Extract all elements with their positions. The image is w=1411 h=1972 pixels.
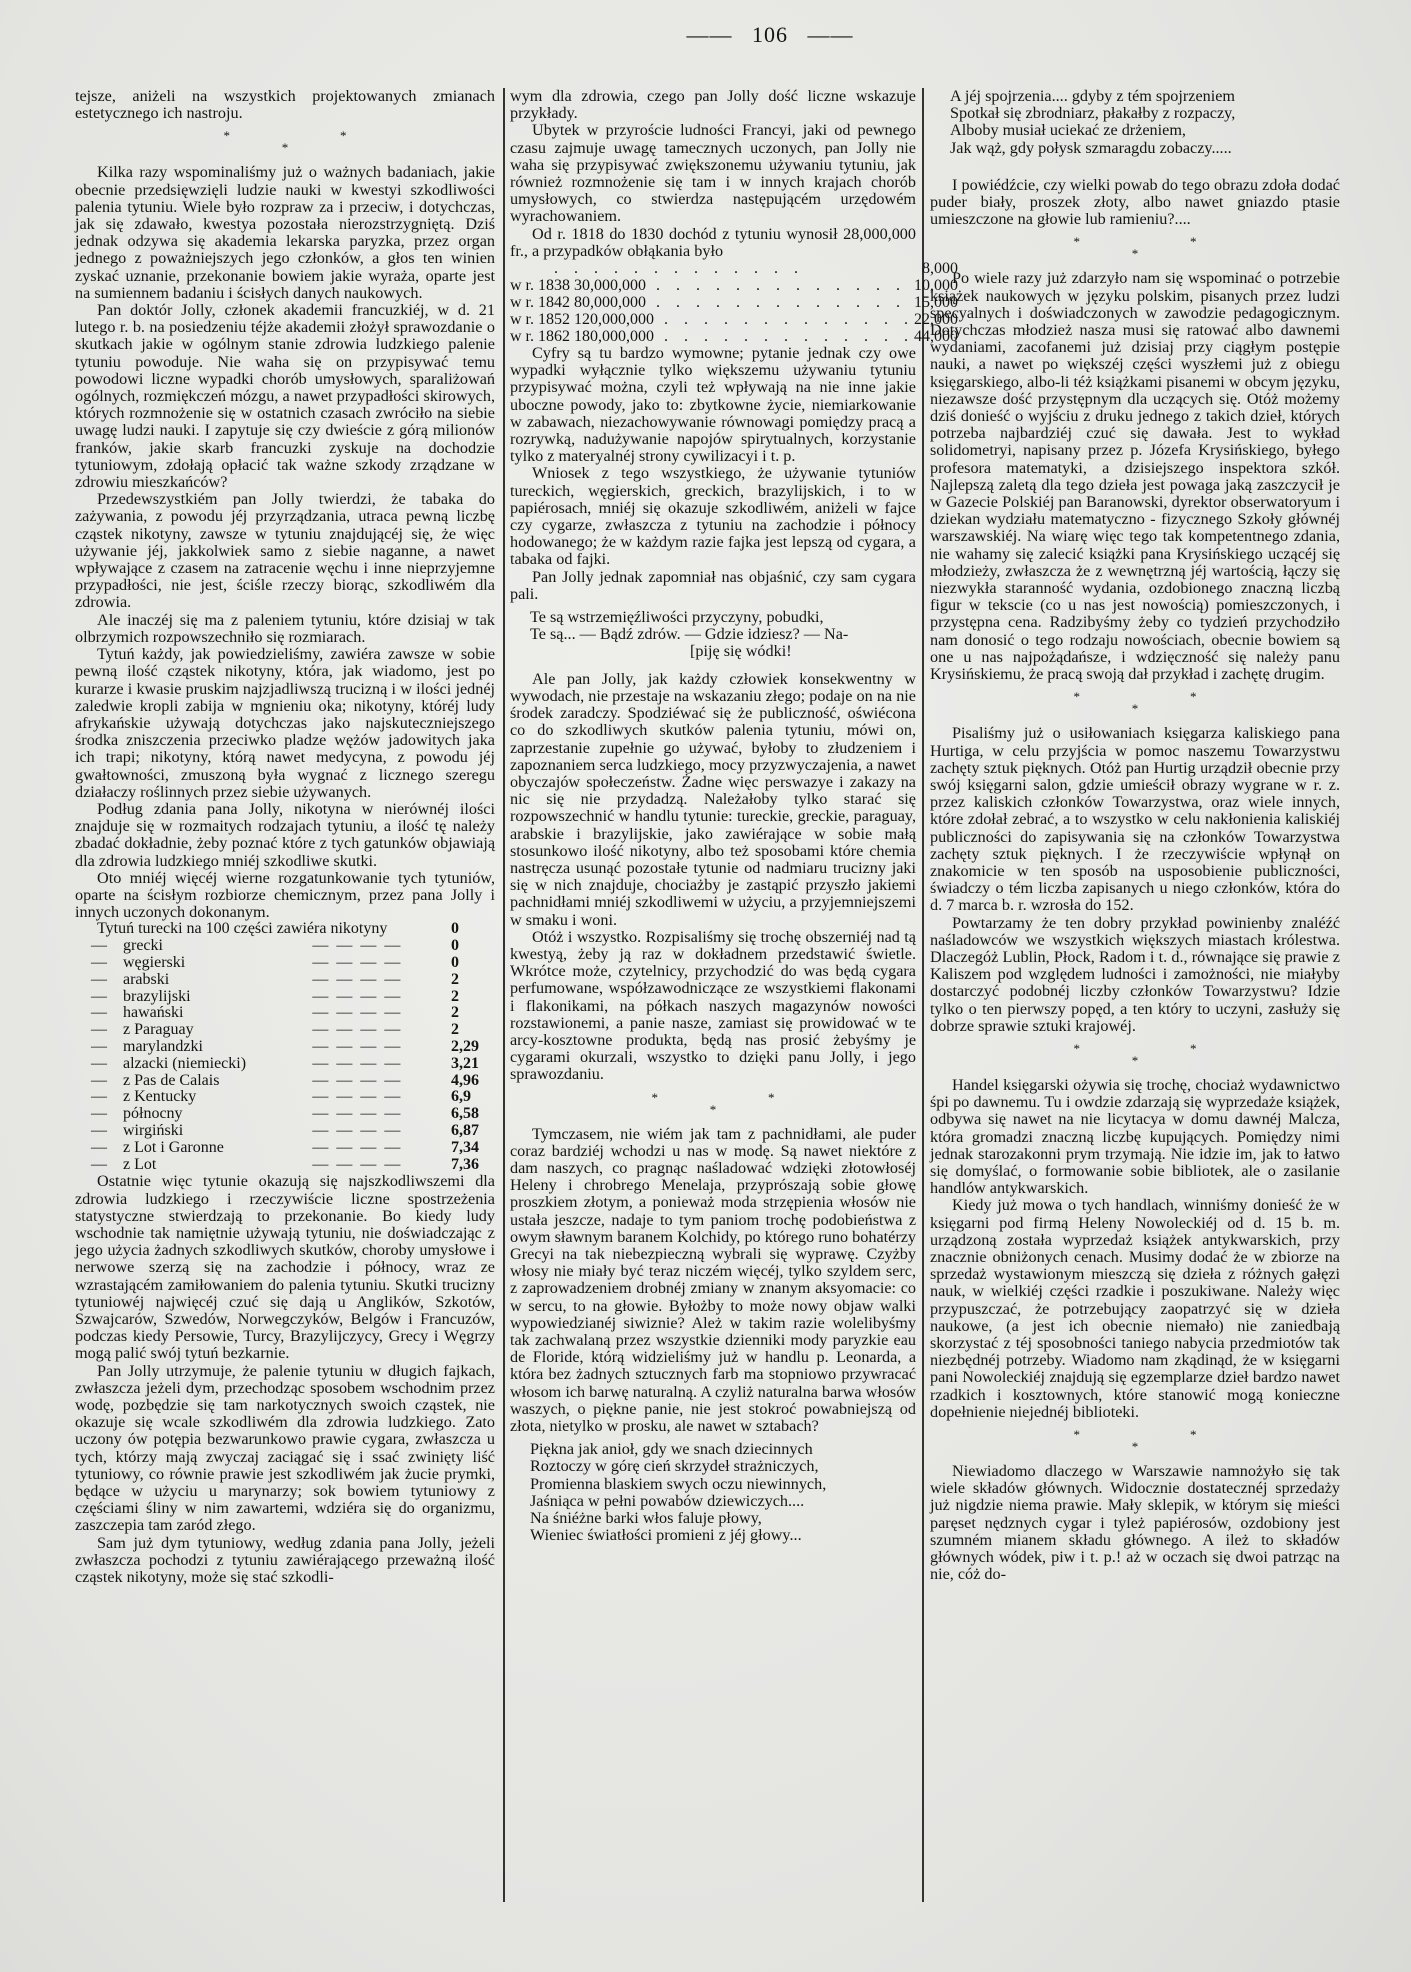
poem-line: Piękna jak anioł, gdy we snach dziecinny… — [530, 1441, 916, 1458]
table-row: w r. 1852 120,000,000 . . . . . . . . . … — [510, 311, 958, 328]
stat-label: w r. 1838 30,000,000 . . . . . . . . . .… — [510, 277, 914, 294]
paragraph: Ale pan Jolly, jak każdy człowiek konsek… — [510, 671, 916, 929]
table-row: —północny— — — —6,58 — [75, 1106, 495, 1123]
tobacco-name: węgierski — [123, 955, 312, 972]
table-row: —hawański— — — —2 — [75, 1005, 495, 1022]
asterisk-icon: * — [224, 130, 231, 142]
tobacco-name: marylandzki — [123, 1039, 312, 1056]
table-row: —marylandzki— — — —2,29 — [75, 1039, 495, 1056]
paragraph: Ubytek w przyroście ludności Francyi, ja… — [510, 122, 916, 225]
asterisk-icon: * — [1132, 246, 1139, 261]
ditto-dash: — — [75, 1073, 123, 1090]
column-3: A jéj spojrzenia.... gdyby z tém spojrze… — [930, 88, 1340, 1942]
ditto-dash: — — [75, 1106, 123, 1123]
section-divider: ** * — [930, 236, 1340, 260]
ditto-dash: — — [75, 1039, 123, 1056]
page-number: —— 106 —— — [640, 22, 900, 48]
poem-excerpt: A jéj spojrzenia.... gdyby z tém spojrze… — [950, 88, 1340, 157]
poem-line: [piję się wódki! — [530, 643, 916, 660]
nicotine-value: 0 — [451, 938, 495, 955]
table-header-row: Tytuń turecki na 100 części zawiéra niko… — [75, 921, 495, 938]
ditto-dashes: — — — — — [312, 989, 451, 1006]
page-number-dash-right: —— — [808, 22, 854, 47]
paragraph: Tymczasem, nie wiém jak tam z pachnidłam… — [510, 1126, 916, 1436]
ditto-dash: — — [75, 955, 123, 972]
table-row: —z Paraguay— — — —2 — [75, 1022, 495, 1039]
asterisk-icon: * — [1132, 1439, 1139, 1454]
nicotine-value: 0 — [451, 955, 495, 972]
ditto-dash: — — [75, 1022, 123, 1039]
ditto-dashes: — — — — — [312, 938, 451, 955]
tobacco-name: hawański — [123, 1005, 312, 1022]
nicotine-value: 4,96 — [451, 1073, 495, 1090]
ditto-dash: — — [75, 1140, 123, 1157]
column-2: wym dla zdrowia, czego pan Jolly dość li… — [510, 88, 916, 1942]
ditto-dashes: — — — — — [312, 1123, 451, 1140]
paragraph: Handel księgarski ożywia się trochę, cho… — [930, 1077, 1340, 1197]
paragraph: Pan doktór Jolly, członek akademii franc… — [75, 302, 495, 491]
poem-excerpt: Te są wstrzemięźliwości przyczyny, pobud… — [530, 609, 916, 661]
nicotine-value: 7,34 — [451, 1140, 495, 1157]
nicotine-value: 7,36 — [451, 1157, 495, 1174]
table-row: —wirgiński— — — —6,87 — [75, 1123, 495, 1140]
column-divider — [922, 88, 924, 1902]
poem-line: Roztoczy w górę cień skrzydeł strażniczy… — [530, 1458, 916, 1475]
ditto-dashes: — — — — — [312, 972, 451, 989]
tobacco-name: wirgiński — [123, 1123, 312, 1140]
asterisk-icon: * — [340, 130, 347, 142]
asterisk-icon: * — [768, 1092, 775, 1104]
poem-line: Alboby musiał uciekać ze drżeniem, — [950, 122, 1340, 139]
nicotine-value: 3,21 — [451, 1056, 495, 1073]
table-row: —węgierski— — — —0 — [75, 955, 495, 972]
ditto-dash: — — [75, 1005, 123, 1022]
asterisk-icon: * — [282, 140, 289, 155]
tobacco-name: z Kentucky — [123, 1089, 312, 1106]
ditto-dashes: — — — — — [312, 1005, 451, 1022]
tobacco-name: z Lot i Garonne — [123, 1140, 312, 1157]
table-header: Tytuń turecki na 100 części zawiéra niko… — [75, 921, 451, 938]
ditto-dash: — — [75, 989, 123, 1006]
tobacco-name: alzacki (niemiecki) — [123, 1056, 312, 1073]
paragraph: Ostatnie więc tytunie okazują się najszk… — [75, 1173, 495, 1362]
page-number-dash-left: —— — [687, 22, 733, 47]
poem-line: Te są... — Bądź zdrów. — Gdzie idziesz? … — [530, 626, 916, 643]
asterisk-icon: * — [1074, 691, 1081, 703]
poem-excerpt: Piękna jak anioł, gdy we snach dziecinny… — [530, 1441, 916, 1544]
statistics-table: . . . . . . . . . . . . . 8,000 w r. 183… — [510, 260, 958, 345]
nicotine-value: 2 — [451, 989, 495, 1006]
tobacco-name: z Lot — [123, 1157, 312, 1174]
nicotine-table: Tytuń turecki na 100 części zawiéra niko… — [75, 921, 495, 1173]
nicotine-value: 6,87 — [451, 1123, 495, 1140]
asterisk-icon: * — [1074, 1429, 1081, 1441]
tobacco-name: grecki — [123, 938, 312, 955]
paragraph: Pan Jolly jednak zapomniał nas objaśnić,… — [510, 569, 916, 603]
asterisk-icon: * — [1190, 1043, 1197, 1055]
poem-line: Na śniéżne barki włos faluje płowy, — [530, 1510, 916, 1527]
asterisk-icon: * — [710, 1102, 717, 1117]
stat-label: w r. 1862 180,000,000 . . . . . . . . . … — [510, 328, 914, 345]
paragraph: Przedewszystkiém pan Jolly twierdzi, że … — [75, 491, 495, 611]
paragraph: Niewiadomo dlaczego w Warszawie namnożył… — [930, 1463, 1340, 1583]
paragraph: Wniosek z tego wszystkiego, że używanie … — [510, 465, 916, 568]
stat-label: w r. 1852 120,000,000 . . . . . . . . . … — [510, 311, 914, 328]
paragraph: Otóż i wszystko. Rozpisaliśmy się trochę… — [510, 929, 916, 1084]
ditto-dash: — — [75, 1123, 123, 1140]
leader-dots: . . . . . . . . . . . . . — [510, 260, 914, 277]
poem-line: Promienna blaskiem swych oczu niewinnych… — [530, 1476, 916, 1493]
paragraph: Podług zdania pana Jolly, nikotyna w nie… — [75, 801, 495, 870]
stat-label: w r. 1842 80,000,000 . . . . . . . . . .… — [510, 294, 914, 311]
poem-line: Jaśniąca w pełni powabów dziewiczych.... — [530, 1493, 916, 1510]
table-row: —arabski— — — —2 — [75, 972, 495, 989]
ditto-dashes: — — — — — [312, 1106, 451, 1123]
tobacco-name: arabski — [123, 972, 312, 989]
paragraph: Oto mniéj więcéj wierne rozgatunkowanie … — [75, 870, 495, 922]
nicotine-value: 2 — [451, 1022, 495, 1039]
table-row: —z Lot i Garonne— — — —7,34 — [75, 1140, 495, 1157]
paragraph: Powtarzamy że ten dobry przykład powinie… — [930, 915, 1340, 1035]
ditto-dashes: — — — — — [312, 1140, 451, 1157]
asterisk-icon: * — [1132, 1053, 1139, 1068]
paragraph: Sam już dym tytuniowy, według zdania pan… — [75, 1535, 495, 1587]
section-divider: ** * — [930, 691, 1340, 715]
ditto-dash: — — [75, 1056, 123, 1073]
ditto-dash: — — [75, 1089, 123, 1106]
asterisk-icon: * — [1132, 701, 1139, 716]
ditto-dashes: — — — — — [312, 955, 451, 972]
tobacco-name: brazylijski — [123, 989, 312, 1006]
table-row: —brazylijski— — — —2 — [75, 989, 495, 1006]
nicotine-value: 6,58 — [451, 1106, 495, 1123]
poem-line: Jak wąż, gdy połysk szmaragdu zobaczy...… — [950, 140, 1340, 157]
section-divider: ** * — [930, 1043, 1340, 1067]
table-row: w r. 1862 180,000,000 . . . . . . . . . … — [510, 328, 958, 345]
column-divider — [503, 88, 505, 1902]
tobacco-name: północny — [123, 1106, 312, 1123]
document-page: —— 106 —— tejsze, aniżeli na wszystkich … — [0, 0, 1411, 1972]
poem-line: Spotkał się zbrodniarz, płakałby z rozpa… — [950, 105, 1340, 122]
asterisk-icon: * — [1190, 236, 1197, 248]
ditto-dashes: — — — — — [312, 1157, 451, 1174]
ditto-dashes: — — — — — [312, 1089, 451, 1106]
ditto-dashes: — — — — — [312, 1073, 451, 1090]
ditto-dashes: — — — — — [312, 1039, 451, 1056]
paragraph: tejsze, aniżeli na wszystkich projektowa… — [75, 88, 495, 122]
asterisk-icon: * — [1074, 236, 1081, 248]
paragraph: Kiedy już mowa o tych handlach, winniśmy… — [930, 1197, 1340, 1421]
table-row: w r. 1838 30,000,000 . . . . . . . . . .… — [510, 277, 958, 294]
page-number-value: 106 — [752, 22, 788, 47]
ditto-dashes: — — — — — [312, 1056, 451, 1073]
asterisk-icon: * — [652, 1092, 659, 1104]
section-divider: ** * — [75, 130, 495, 154]
table-row: —alzacki (niemiecki)— — — —3,21 — [75, 1056, 495, 1073]
poem-line: A jéj spojrzenia.... gdyby z tém spojrze… — [950, 88, 1340, 105]
paragraph: Ale inaczéj się ma z paleniem tytuniu, k… — [75, 612, 495, 646]
table-row: —grecki— — — —0 — [75, 938, 495, 955]
table-row: . . . . . . . . . . . . . 8,000 — [510, 260, 958, 277]
table-row: w r. 1842 80,000,000 . . . . . . . . . .… — [510, 294, 958, 311]
ditto-dashes: — — — — — [312, 1022, 451, 1039]
asterisk-icon: * — [1074, 1043, 1081, 1055]
ditto-dash: — — [75, 972, 123, 989]
asterisk-icon: * — [1190, 1429, 1197, 1441]
paragraph: I powiédźcie, czy wielki powab do tego o… — [930, 177, 1340, 229]
paragraph: Cyfry są tu bardzo wymowne; pytanie jedn… — [510, 345, 916, 465]
ditto-dash: — — [75, 938, 123, 955]
paragraph: Pisaliśmy już o usiłowaniach księgarza k… — [930, 725, 1340, 914]
nicotine-value: 2,29 — [451, 1039, 495, 1056]
poem-line: Wieniec światłości promieni z jéj głowy.… — [530, 1527, 916, 1544]
tobacco-name: z Pas de Calais — [123, 1073, 312, 1090]
column-1: tejsze, aniżeli na wszystkich projektowa… — [75, 88, 495, 1942]
table-header-value: 0 — [451, 921, 495, 938]
table-row: —z Pas de Calais— — — —4,96 — [75, 1073, 495, 1090]
nicotine-value: 2 — [451, 972, 495, 989]
stat-intro: Od r. 1818 do 1830 dochód z tytuniu wyno… — [510, 226, 916, 260]
nicotine-value: 2 — [451, 1005, 495, 1022]
section-divider: ** * — [510, 1092, 916, 1116]
paragraph: wym dla zdrowia, czego pan Jolly dość li… — [510, 88, 916, 122]
nicotine-value: 6,9 — [451, 1089, 495, 1106]
section-divider: ** * — [930, 1429, 1340, 1453]
paragraph: Tytuń każdy, jak powiedzieliśmy, zawiéra… — [75, 646, 495, 801]
ditto-dash: — — [75, 1157, 123, 1174]
paragraph: Pan Jolly utrzymuje, że palenie tytuniu … — [75, 1363, 495, 1535]
paragraph: Po wiele razy już zdarzyło nam się wspom… — [930, 270, 1340, 683]
poem-line: Te są wstrzemięźliwości przyczyny, pobud… — [530, 609, 916, 626]
table-row: —z Lot— — — —7,36 — [75, 1157, 495, 1174]
paragraph: Kilka razy wspominaliśmy już o ważnych b… — [75, 164, 495, 302]
asterisk-icon: * — [1190, 691, 1197, 703]
table-row: —z Kentucky— — — —6,9 — [75, 1089, 495, 1106]
tobacco-name: z Paraguay — [123, 1022, 312, 1039]
